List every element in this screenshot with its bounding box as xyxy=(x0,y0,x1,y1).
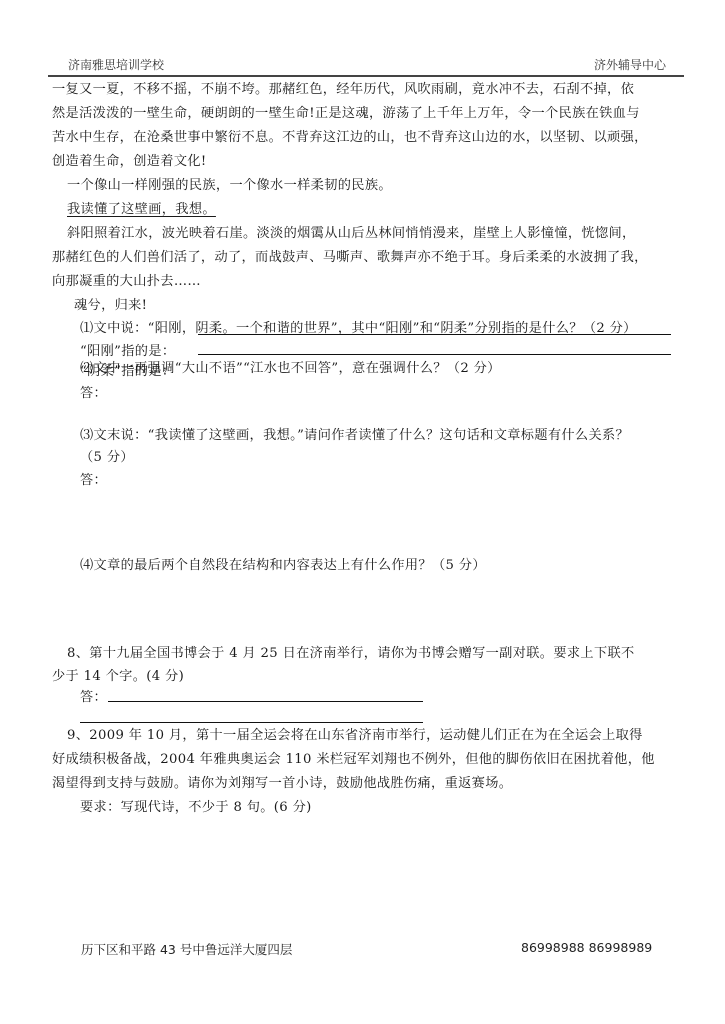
footer-phones: 86998988 86998989 xyxy=(521,940,652,955)
header-center-name: 济外辅导中心 xyxy=(594,56,666,73)
passage-underlined-sentence: 我读懂了这壁画，我想。 xyxy=(67,201,216,219)
question-3-score: （5 分） xyxy=(80,449,134,467)
passage-line: 斜阳照着江水，波光映着石崖。淡淡的烟霭从山后丛林间悄悄漫来，崖壁上人影憧憧，恍惚… xyxy=(67,225,636,243)
header-divider xyxy=(48,75,684,77)
passage-line: 创造着生命，创造着文化! xyxy=(52,153,207,171)
passage-paragraph: 魂兮，归来! xyxy=(74,297,147,315)
q1-yanggang-label: “阳刚”指的是： xyxy=(80,343,175,361)
header-school-name: 济南雅思培训学校 xyxy=(68,56,164,73)
passage-line: 苦水中生存，在沧桑世事中繁衍不息。不背弃这江边的山，也不背弃这山边的水，以坚韧、… xyxy=(52,129,648,147)
passage-line: 然是活泼泼的一壁生命，硬朗朗的一壁生命!正是这魂，游荡了上千年上万年，令一个民族… xyxy=(52,105,640,123)
q8-answer-line-1[interactable] xyxy=(108,701,423,702)
question-3: ⑶文末说：“我读懂了这壁画，我想。”请问作者读懂了什么？这句话和文章标题有什么关… xyxy=(80,427,629,445)
question-8-line: 8、第十九届全国书博会于 4 月 25 日在济南举行，请你为书博会赠写一副对联。… xyxy=(67,645,635,663)
q8-answer-line-2[interactable] xyxy=(80,722,423,723)
q3-answer-label: 答： xyxy=(80,472,107,490)
footer-address: 历下区和平路 43 号中鲁远洋大厦四层 xyxy=(81,940,292,958)
question-4: ⑷文章的最后两个自然段在结构和内容表达上有什么作用？（5 分） xyxy=(80,557,486,575)
question-8-line: 少于 14 个字。(4 分) xyxy=(52,668,184,686)
passage-line: 那赭红色的人们兽们活了，动了，而战鼓声、马嘶声、歌舞声亦不绝于耳。身后柔柔的水波… xyxy=(52,249,648,267)
q1-yinrou-answer-line[interactable] xyxy=(198,354,671,355)
question-1: ⑴文中说：“阳刚，阴柔。一个和谐的世界”，其中“阳刚”和“阴柔”分别指的是什么？… xyxy=(80,320,637,338)
q1-yanggang-answer-line[interactable] xyxy=(198,334,671,335)
passage-line: 一复又一夏，不移不摇，不崩不垮。那赭红色，经年历代，风吹雨刷，竟水冲不去，石刮不… xyxy=(52,81,634,99)
question-2: ⑵文中一再强调“大山不语”“江水也不回答”，意在强调什么？（2 分） xyxy=(80,360,501,378)
question-9-line: 渴望得到支持与鼓励。请你为刘翔写一首小诗，鼓励他战胜伤痛，重返赛场。 xyxy=(52,775,512,793)
question-9-line: 好成绩积极备战，2004 年雅典奥运会 110 米栏冠军刘翔也不例外，但他的脚伤… xyxy=(52,751,655,769)
passage-paragraph: 一个像山一样刚强的民族，一个像水一样柔韧的民族。 xyxy=(67,177,392,195)
passage-line: 向那凝重的大山扑去…… xyxy=(52,273,201,291)
question-9-requirement: 要求：写现代诗，不少于 8 句。(6 分) xyxy=(80,799,312,817)
q2-answer-label: 答： xyxy=(80,385,107,403)
q8-answer-label: 答： xyxy=(80,689,107,707)
question-9-line: 9、2009 年 10 月，第十一届全运会将在山东省济南市举行，运动健儿们正在为… xyxy=(67,727,643,745)
